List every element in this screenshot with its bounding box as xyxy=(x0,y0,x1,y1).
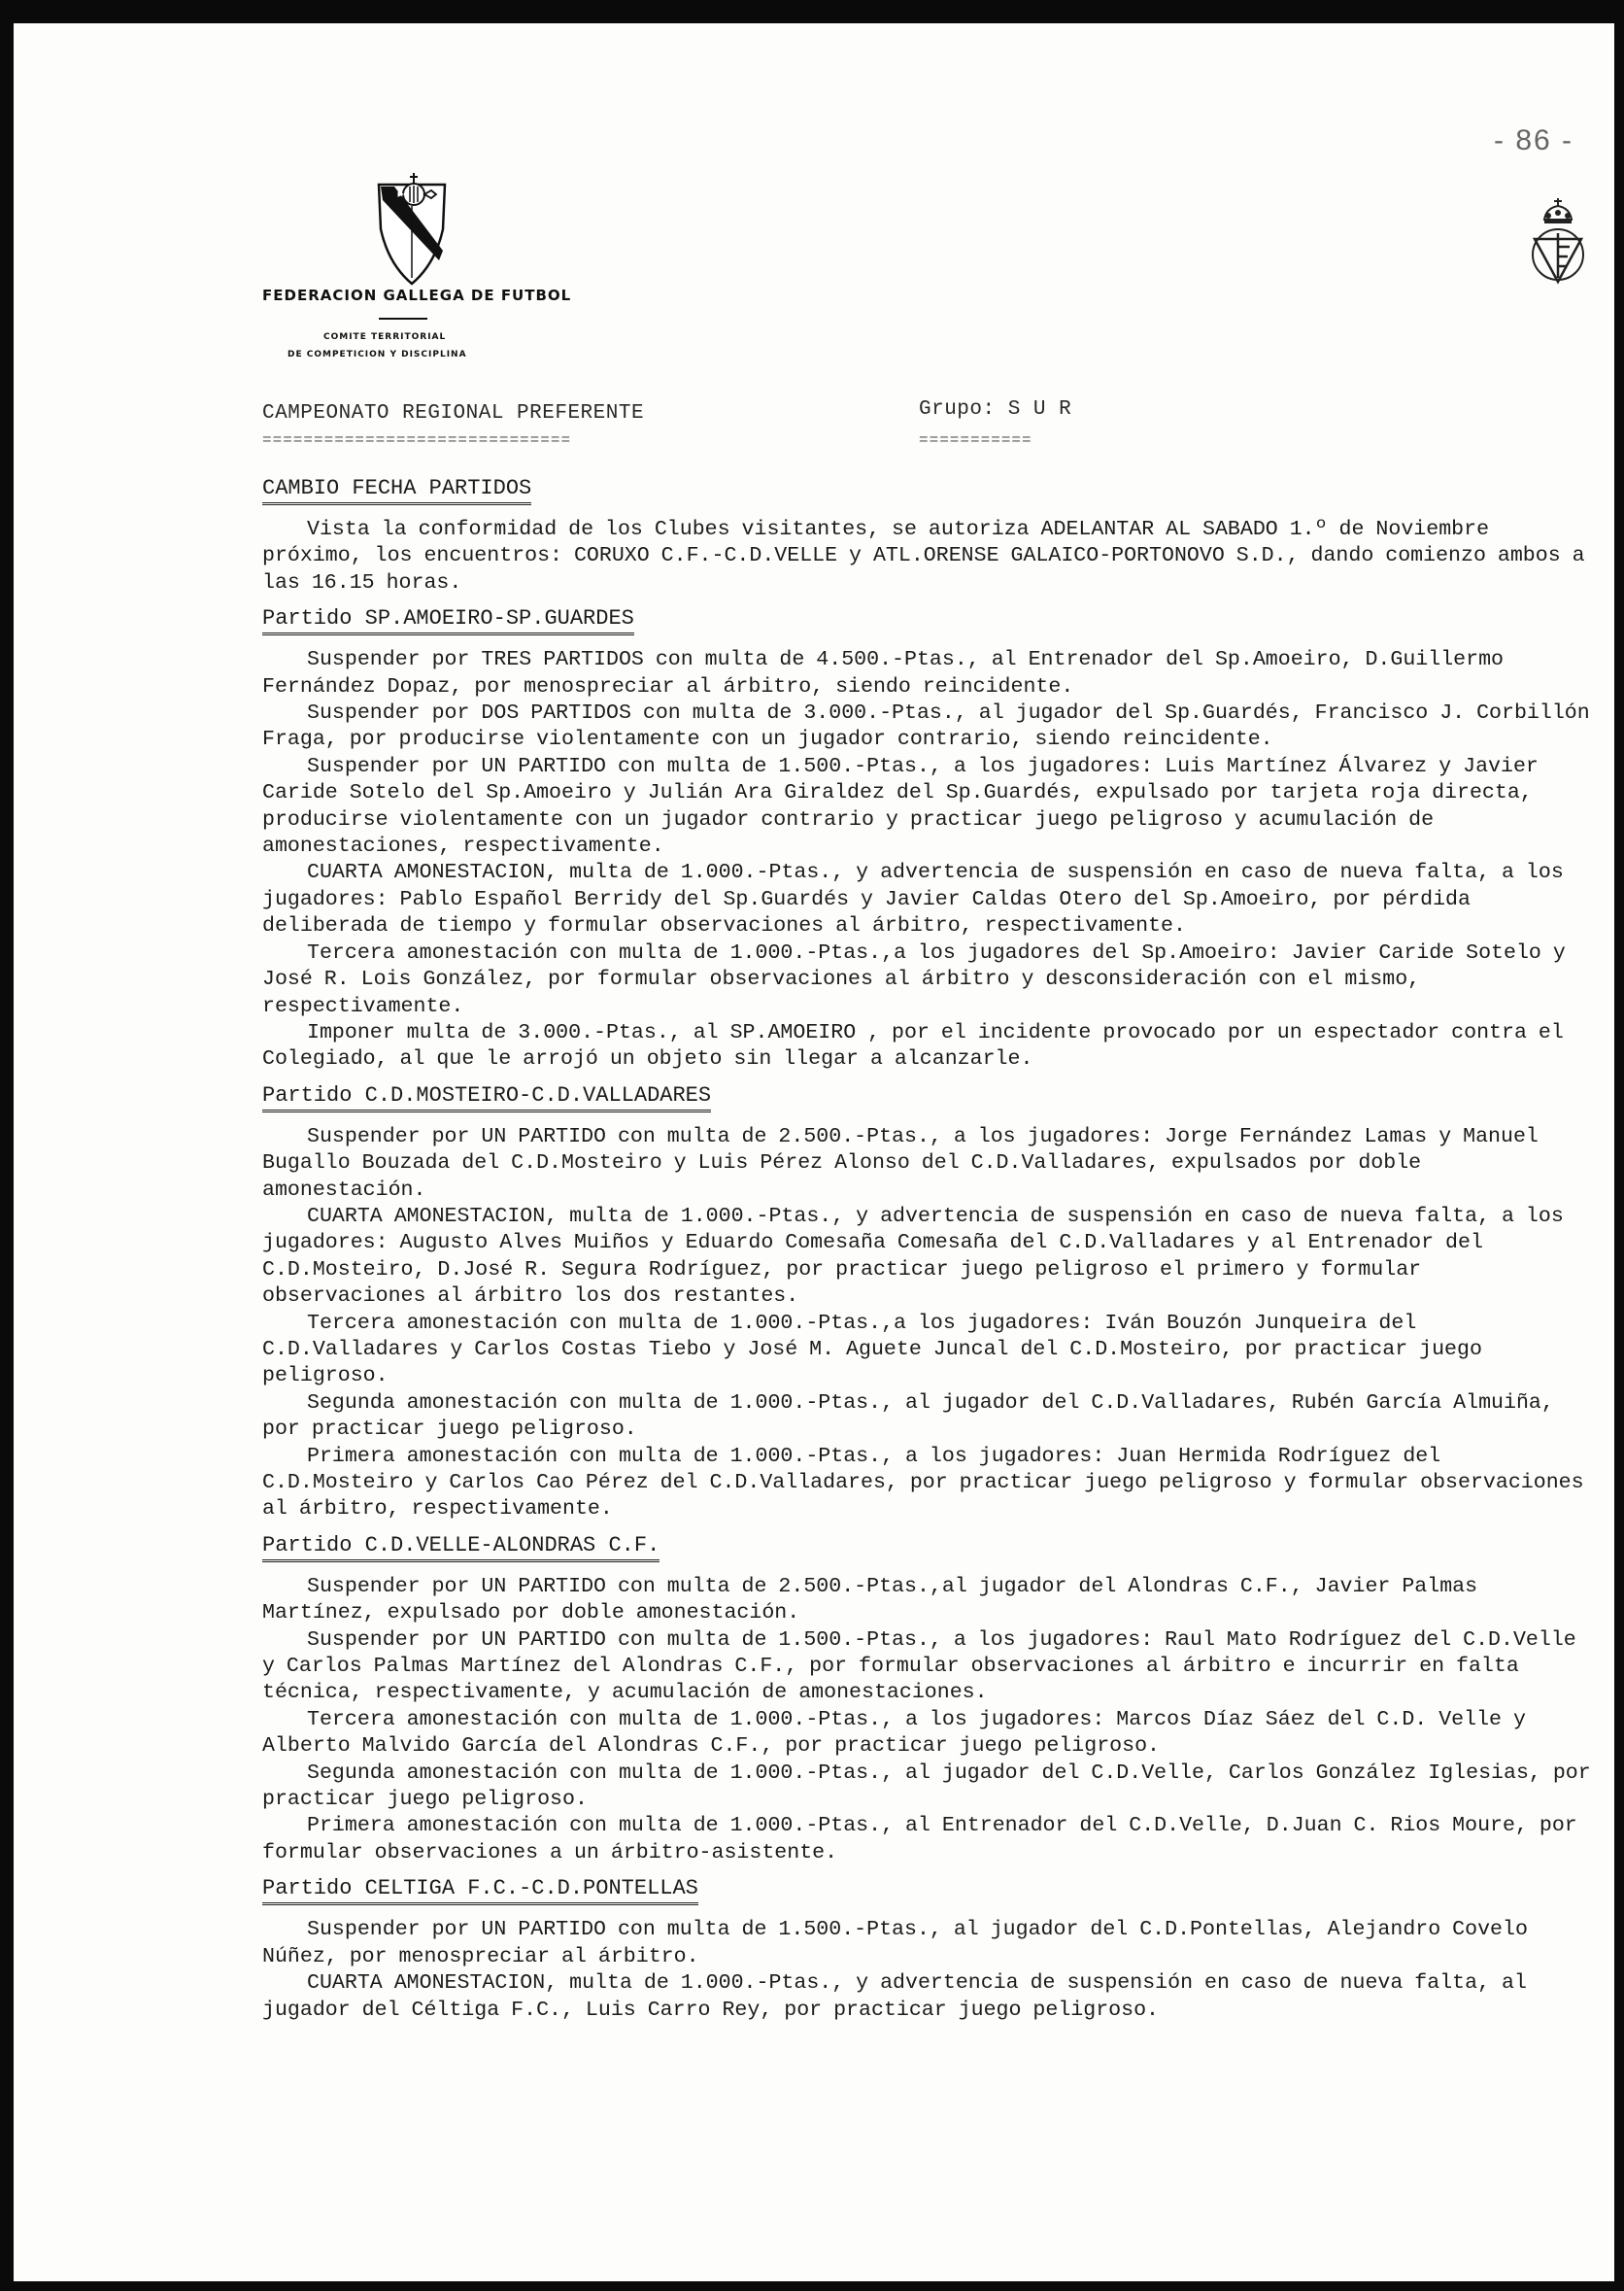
paragraph: Suspender por DOS PARTIDOS con multa de … xyxy=(262,701,1593,754)
paragraph: Vista la conformidad de los Clubes visit… xyxy=(262,517,1593,597)
section-title: Partido C.D.MOSTEIRO-C.D.VALLADARES xyxy=(262,1083,711,1112)
section-match-mosteiro-valladares: Partido C.D.MOSTEIRO-C.D.VALLADARES Susp… xyxy=(262,1083,1593,1523)
paragraph: Primera amonestación con multa de 1.000.… xyxy=(262,1813,1593,1866)
paragraph: Suspender por TRES PARTIDOS con multa de… xyxy=(262,647,1593,701)
paragraph: Suspender por UN PARTIDO con multa de 2.… xyxy=(262,1124,1593,1204)
section-match-velle-alondras: Partido C.D.VELLE-ALONDRAS C.F. Suspende… xyxy=(262,1533,1593,1866)
paragraph: CUARTA AMONESTACION, multa de 1.000.-Pta… xyxy=(262,1204,1593,1311)
paragraph: Imponer multa de 3.000.-Ptas., al SP.AMO… xyxy=(262,1020,1593,1074)
paragraph: Suspender por UN PARTIDO con multa de 2.… xyxy=(262,1574,1593,1627)
paragraph: CUARTA AMONESTACION, multa de 1.000.-Pta… xyxy=(262,860,1593,940)
group-label: Grupo: S U R xyxy=(919,398,1071,421)
paragraph: Primera amonestación con multa de 1.000.… xyxy=(262,1444,1593,1523)
championship-rule: ============================== xyxy=(262,431,674,449)
federation-name: FEDERACION GALLEGA DE FUTBOL xyxy=(262,287,563,304)
section-date-change: CAMBIO FECHA PARTIDOS Vista la conformid… xyxy=(262,476,1593,597)
paragraph: CUARTA AMONESTACION, multa de 1.000.-Pta… xyxy=(262,1970,1593,2024)
paragraph: Segunda amonestación con multa de 1.000.… xyxy=(262,1761,1593,1814)
section-match-celtiga-pontellas: Partido CELTIGA F.C.-C.D.PONTELLAS Suspe… xyxy=(262,1876,1593,2024)
committee-line-1: COMITE TERRITORIAL xyxy=(323,332,446,342)
paragraph: Tercera amonestación con multa de 1.000.… xyxy=(262,1707,1593,1761)
galician-federation-shield-icon xyxy=(375,171,449,286)
paragraph: Tercera amonestación con multa de 1.000.… xyxy=(262,940,1593,1020)
section-title: Partido CELTIGA F.C.-C.D.PONTELLAS xyxy=(262,1876,698,1905)
letterhead-divider xyxy=(379,318,427,320)
spanish-federation-crown-emblem-icon xyxy=(1527,194,1589,286)
paragraph: Tercera amonestación con multa de 1.000.… xyxy=(262,1311,1593,1390)
paragraph: Suspender por UN PARTIDO con multa de 1.… xyxy=(262,754,1593,861)
resolutions-body: CAMBIO FECHA PARTIDOS Vista la conformid… xyxy=(262,476,1593,2034)
championship-title: CAMPEONATO REGIONAL PREFERENTE xyxy=(262,402,644,425)
paragraph: Segunda amonestación con multa de 1.000.… xyxy=(262,1390,1593,1444)
section-title: CAMBIO FECHA PARTIDOS xyxy=(262,476,531,505)
committee-line-2: DE COMPETICION Y DISCIPLINA xyxy=(288,350,467,359)
group-rule: =========== xyxy=(919,431,1090,449)
section-title: Partido C.D.VELLE-ALONDRAS C.F. xyxy=(262,1533,660,1562)
section-title: Partido SP.AMOEIRO-SP.GUARDES xyxy=(262,606,634,635)
paragraph: Suspender por UN PARTIDO con multa de 1.… xyxy=(262,1627,1593,1707)
paragraph: Suspender por UN PARTIDO con multa de 1.… xyxy=(262,1917,1593,1970)
section-match-amoeiro-guardes: Partido SP.AMOEIRO-SP.GUARDES Suspender … xyxy=(262,606,1593,1074)
page-number: - 86 - xyxy=(1494,124,1573,157)
